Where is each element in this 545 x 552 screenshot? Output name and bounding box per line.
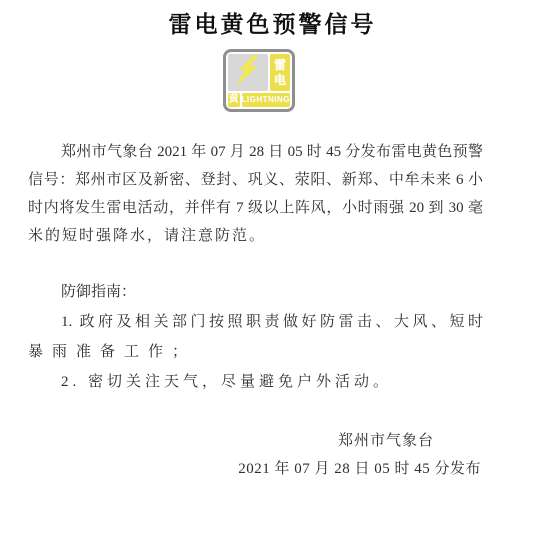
signature-block: 郑州市气象台 2021 年 07 月 28 日 05 时 45 分发布 <box>28 427 481 483</box>
badge-type-label: 雷 电 <box>270 54 290 91</box>
lightning-bolt-panel <box>228 54 268 91</box>
weather-warning-bulletin: 雷电黄色预警信号 雷 电 黄 LIGHTNING 郑州市气象台 2021 年 0… <box>0 0 545 552</box>
guide-heading: 防御指南： <box>28 277 483 307</box>
issue-datetime: 2021 年 07 月 28 日 05 时 45 分发布 <box>28 455 481 483</box>
announcement-line: 米的短时强降水，请注意防范。 <box>28 222 483 250</box>
lightning-yellow-warning-badge: 雷 电 黄 LIGHTNING <box>223 49 295 112</box>
page-title: 雷电黄色预警信号 <box>0 6 545 39</box>
announcement-line: 时内将发生雷电活动，并伴有 7 级以上阵风，小时雨强 20 到 30 毫 <box>28 194 483 222</box>
guide-item-line: 2. 密切关注天气，尽量避免户外活动。 <box>28 367 483 397</box>
announcement-line: 信号：郑州市区及新密、登封、巩义、荥阳、新郑、中牟未来 6 小 <box>28 166 483 194</box>
announcement-line: 郑州市气象台 2021 年 07 月 28 日 05 时 45 分发布雷电黄色预… <box>28 138 483 166</box>
lightning-bolt-icon <box>231 54 265 91</box>
announcement-paragraph: 郑州市气象台 2021 年 07 月 28 日 05 时 45 分发布雷电黄色预… <box>28 138 483 250</box>
badge-bottom-row: 黄 LIGHTNING <box>228 93 290 107</box>
badge-type-char-lei: 雷 <box>274 59 286 71</box>
issuer-name: 郑州市气象台 <box>28 427 481 455</box>
badge-level-label: 黄 <box>228 93 240 107</box>
badge-top-row: 雷 电 <box>228 54 290 91</box>
badge-caption-label: LIGHTNING <box>242 93 291 107</box>
guide-item-line: 暴雨准备工作； <box>28 337 483 367</box>
defense-guide-section: 防御指南： 1. 政府及相关部门按照职责做好防雷击、大风、短时 暴雨准备工作； … <box>28 277 483 397</box>
badge-type-char-dian: 电 <box>274 74 286 86</box>
guide-item-line: 1. 政府及相关部门按照职责做好防雷击、大风、短时 <box>28 307 483 337</box>
